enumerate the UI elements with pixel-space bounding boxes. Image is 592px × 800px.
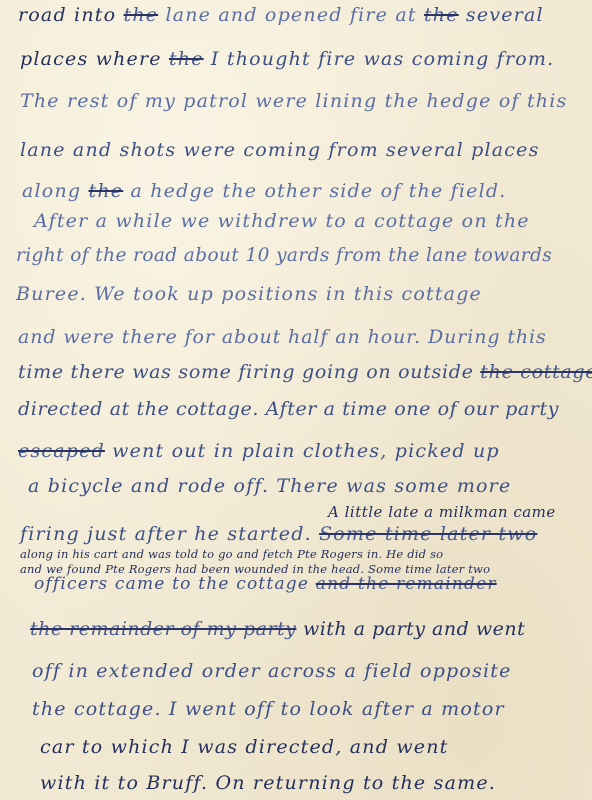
line-text: Buree. We took up positions in this cott…: [16, 283, 482, 305]
line-text: several: [459, 4, 544, 26]
manuscript-line-14: firing just after he started. Some time …: [20, 525, 537, 544]
manuscript-line-13: a bicycle and rode off. There was some m…: [28, 477, 511, 496]
line-text: After a while we withdrew to a cottage o…: [34, 210, 530, 232]
manuscript-line-17: off in extended order across a field opp…: [32, 662, 512, 681]
line-text: a bicycle and rode off. There was some m…: [28, 475, 511, 497]
line-text: the cottage. I went off to look after a …: [32, 698, 505, 720]
line-text: The rest of my patrol were lining the he…: [20, 90, 567, 112]
line-text: off in extended order across a field opp…: [32, 660, 512, 682]
manuscript-line-4: lane and shots were coming from several …: [20, 141, 540, 160]
manuscript-line-10: time there was some firing going on outs…: [18, 363, 592, 382]
manuscript-line-1: road into the lane and opened fire at th…: [18, 6, 544, 25]
struck-word: the: [123, 4, 158, 26]
manuscript-line-5: along the a hedge the other side of the …: [22, 182, 507, 201]
line-text: lane and shots were coming from several …: [20, 139, 540, 161]
manuscript-line-6: After a while we withdrew to a cottage o…: [34, 212, 530, 231]
manuscript-line-7: right of the road about 10 yards from th…: [16, 247, 552, 266]
manuscript-page: road into the lane and opened fire at th…: [0, 0, 592, 800]
line-text: and were there for about half an hour. D…: [18, 326, 547, 348]
manuscript-line-16: the remainder of my party with a party a…: [30, 620, 525, 639]
line-text: right of the road about 10 yards from th…: [16, 245, 552, 266]
line-text: with a party and went: [296, 618, 525, 640]
line-text: A little late a milkman came: [328, 503, 556, 521]
line-text: road into: [18, 4, 123, 26]
manuscript-line-18: the cottage. I went off to look after a …: [32, 700, 505, 719]
manuscript-line-8: Buree. We took up positions in this cott…: [16, 285, 482, 304]
line-text: directed at the cottage. After a time on…: [18, 398, 559, 420]
line-text: lane and opened fire at: [158, 4, 424, 26]
struck-word: Some time later two: [319, 523, 537, 545]
line-text: time there was some firing going on outs…: [18, 361, 480, 383]
line-text: along in his cart and was told to go and…: [20, 547, 443, 561]
manuscript-line-2: places where the I thought fire was comi…: [20, 50, 554, 69]
manuscript-line-19: car to which I was directed, and went: [40, 738, 449, 757]
manuscript-insertion-1: A little late a milkman came: [328, 505, 556, 520]
line-text: a hedge the other side of the field.: [123, 180, 506, 202]
line-text: firing just after he started.: [20, 523, 319, 545]
struck-word: the: [88, 180, 123, 202]
line-text: I thought fire was coming from.: [204, 48, 555, 70]
manuscript-line-9: and were there for about half an hour. D…: [18, 328, 547, 347]
manuscript-line-3: The rest of my patrol were lining the he…: [20, 92, 567, 111]
manuscript-line-20: with it to Bruff. On returning to the sa…: [40, 774, 496, 793]
manuscript-insertion-2: along in his cart and was told to go and…: [20, 549, 443, 561]
struck-word: and the remainder: [316, 574, 497, 594]
struck-word: the: [424, 4, 459, 26]
struck-word: the cottage: [480, 361, 592, 383]
struck-word: the remainder of my party: [30, 618, 296, 640]
manuscript-line-12: escaped went out in plain clothes, picke…: [18, 442, 500, 461]
line-text: officers came to the cottage: [34, 574, 316, 594]
line-text: with it to Bruff. On returning to the sa…: [40, 772, 496, 794]
struck-word: escaped: [18, 440, 105, 462]
struck-word: the: [169, 48, 204, 70]
line-text: places where: [20, 48, 169, 70]
line-text: along: [22, 180, 88, 202]
line-text: went out in plain clothes, picked up: [105, 440, 500, 462]
line-text: car to which I was directed, and went: [40, 736, 449, 758]
manuscript-line-15: officers came to the cottage and the rem…: [34, 576, 497, 593]
manuscript-line-11: directed at the cottage. After a time on…: [18, 400, 559, 419]
